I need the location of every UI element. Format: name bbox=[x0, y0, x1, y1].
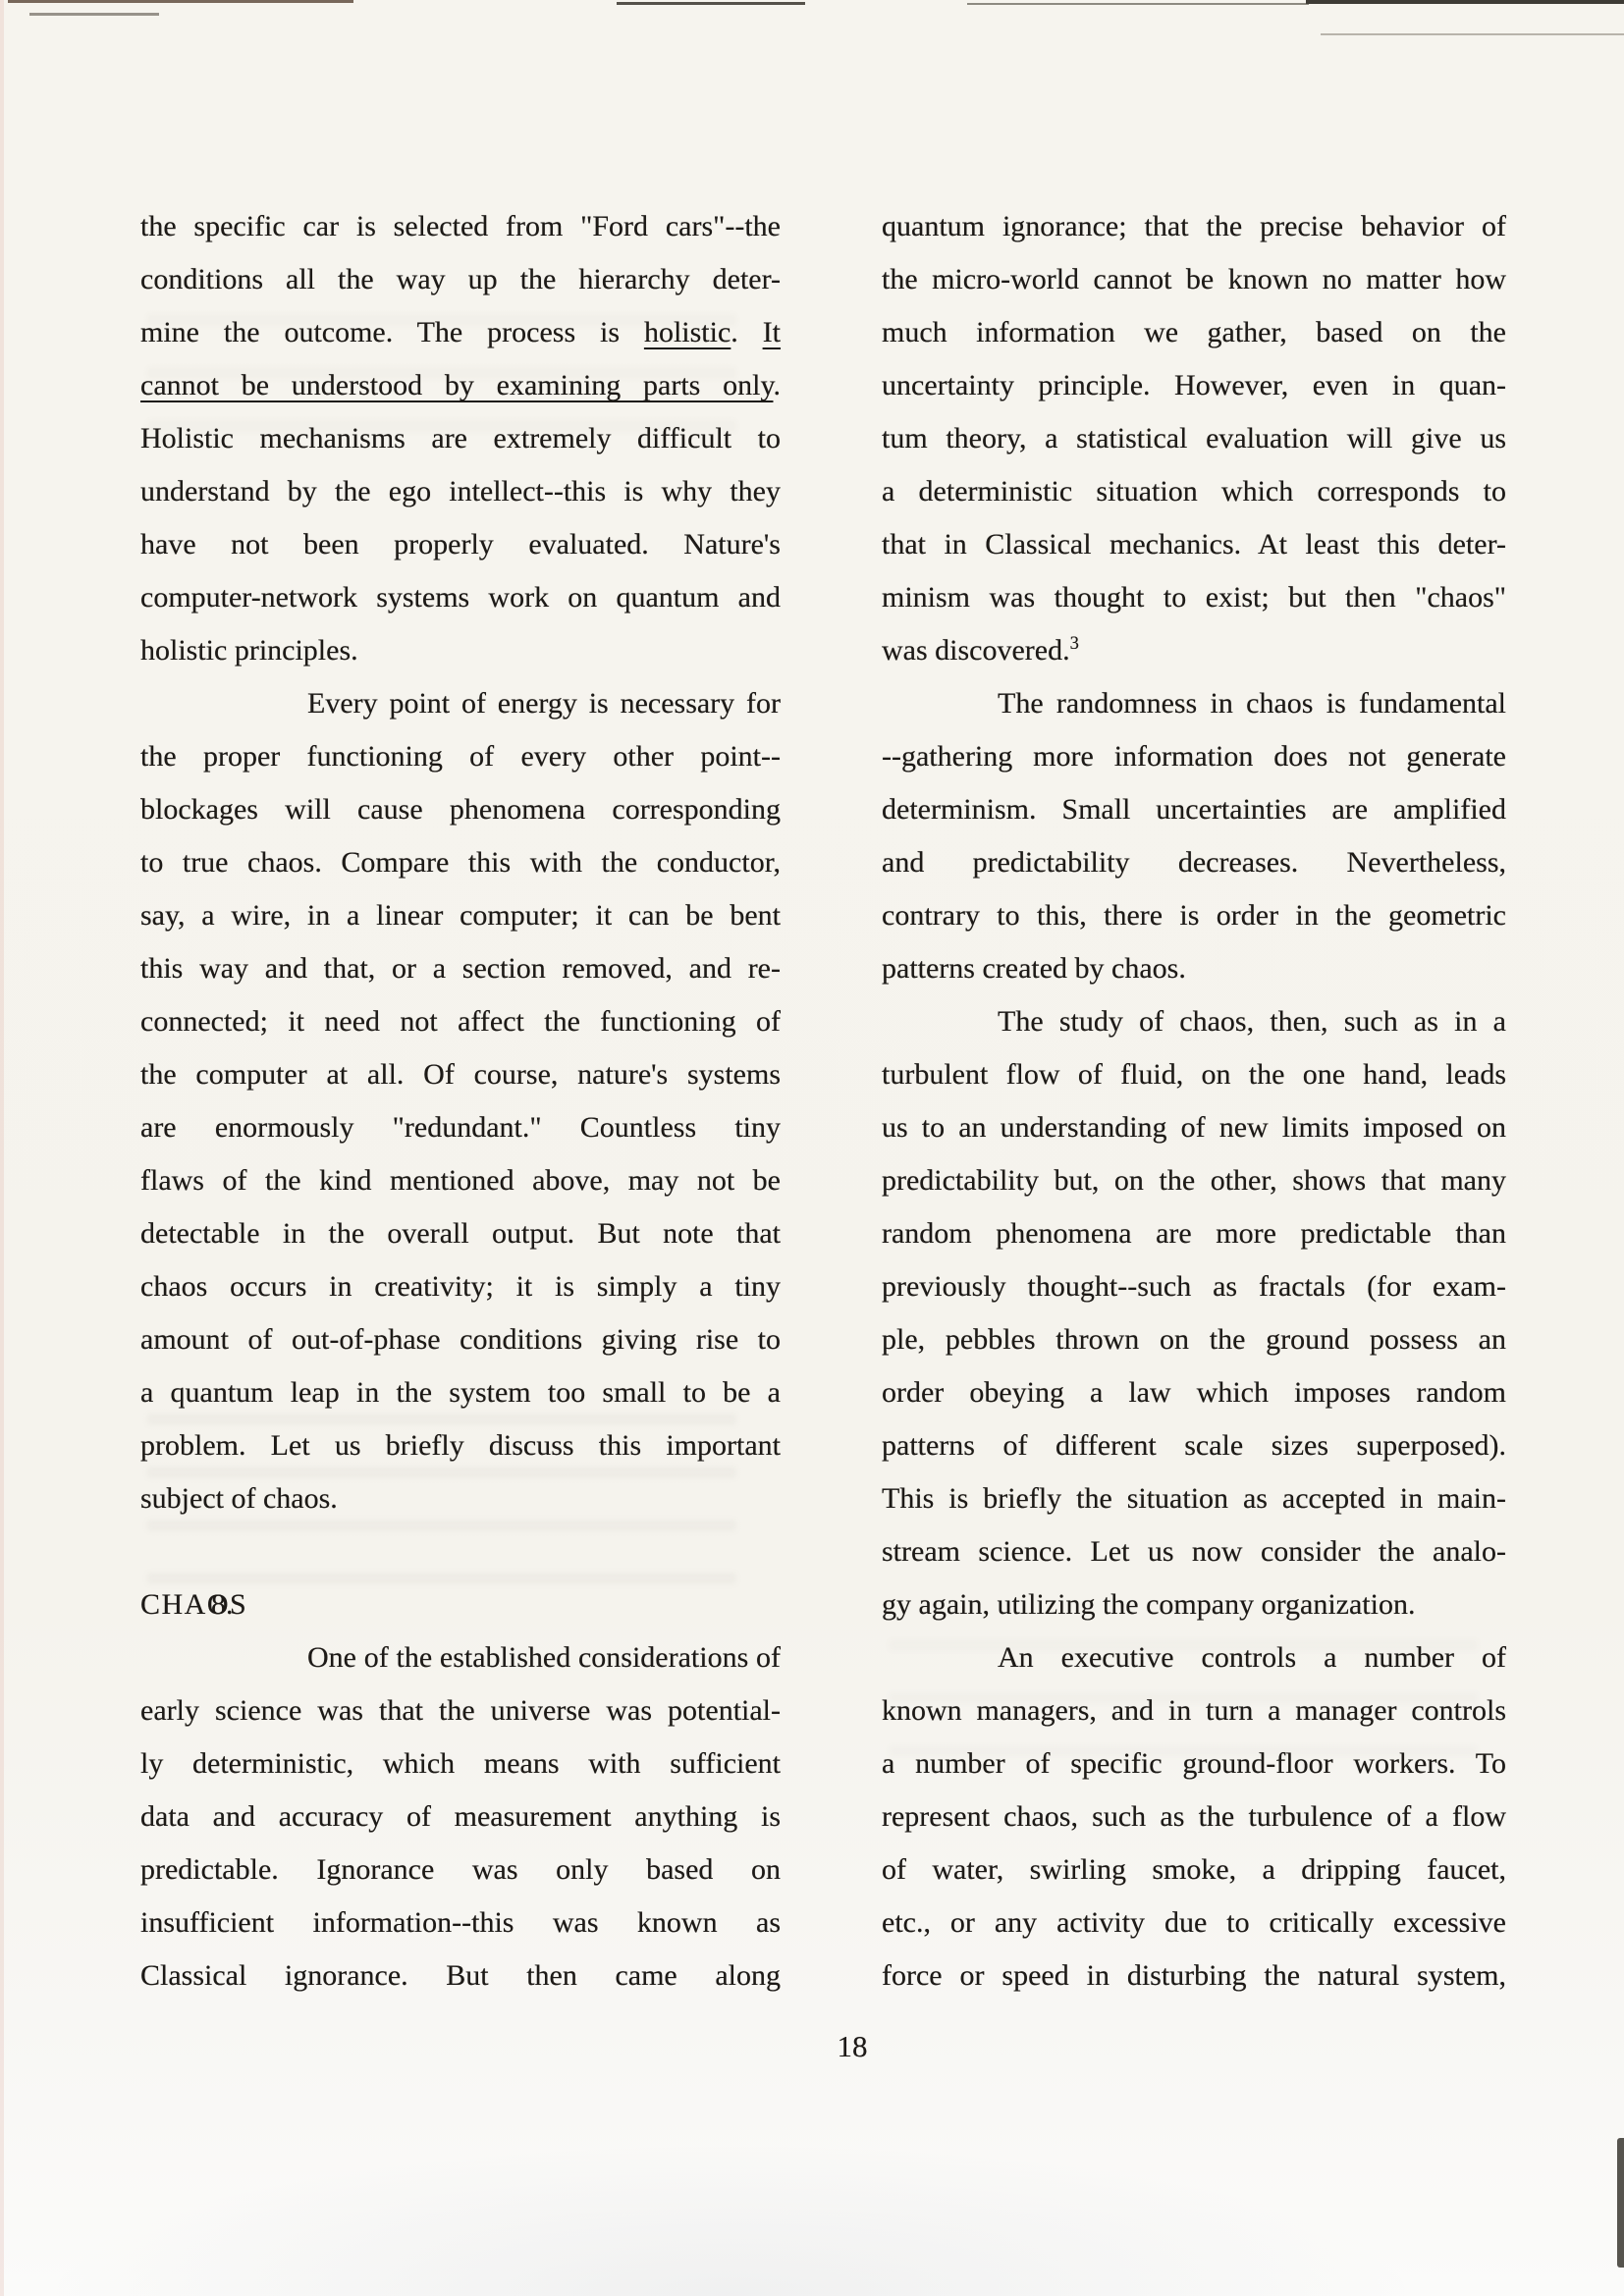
text-line: cannot be understood by examining parts … bbox=[140, 359, 781, 412]
text-line: computer-network systems work on quantum… bbox=[140, 571, 781, 624]
blank-line bbox=[140, 1525, 781, 1578]
text-line: quantum ignorance; that the precise beha… bbox=[882, 200, 1506, 253]
text-line: flaws of the kind mentioned above, may n… bbox=[140, 1154, 781, 1207]
scan-shadow bbox=[0, 2080, 1624, 2296]
scanned-page: { "page": { "number": "18" }, "heading":… bbox=[0, 0, 1624, 2296]
text-line: say, a wire, in a linear computer; it ca… bbox=[140, 889, 781, 942]
scan-artifact-top-line bbox=[8, 0, 353, 3]
text-line: Every point of energy is necessary for bbox=[140, 677, 781, 730]
text-line: order obeying a law which imposes random bbox=[882, 1366, 1506, 1419]
text-line: that in Classical mechanics. At least th… bbox=[882, 518, 1506, 571]
text-line: detectable in the overall output. But no… bbox=[140, 1207, 781, 1260]
scan-artifact-top-line bbox=[29, 13, 159, 16]
text-line: are enormously "redundant." Countless ti… bbox=[140, 1101, 781, 1154]
text-line: patterns of different scale sizes superp… bbox=[882, 1419, 1506, 1472]
text-line: Classical ignorance. But then came along bbox=[140, 1949, 781, 2002]
text-line: was discovered.3 bbox=[882, 624, 1506, 677]
text-line: represent chaos, such as the turbulence … bbox=[882, 1790, 1506, 1843]
text-line: the proper functioning of every other po… bbox=[140, 730, 781, 783]
scan-artifact-top-line bbox=[1306, 0, 1624, 4]
left-column: the specific car is selected from "Ford … bbox=[140, 200, 781, 2002]
text-line: chaos occurs in creativity; it is simply… bbox=[140, 1260, 781, 1313]
text-line: of water, swirling smoke, a dripping fau… bbox=[882, 1843, 1506, 1896]
scan-artifact-top-line bbox=[617, 2, 805, 5]
text-line: the computer at all. Of course, nature's… bbox=[140, 1048, 781, 1101]
text-line: The study of chaos, then, such as in a bbox=[882, 995, 1506, 1048]
text-line: turbulent flow of fluid, on the one hand… bbox=[882, 1048, 1506, 1101]
right-column: quantum ignorance; that the precise beha… bbox=[882, 200, 1506, 2002]
text-line: An executive controls a number of bbox=[882, 1631, 1506, 1684]
text-line: data and accuracy of measurement anythin… bbox=[140, 1790, 781, 1843]
text-line: conditions all the way up the hierarchy … bbox=[140, 253, 781, 306]
text-line: stream science. Let us now consider the … bbox=[882, 1525, 1506, 1578]
page-number: 18 bbox=[0, 2020, 1624, 2073]
section-title: CHAOS bbox=[140, 1578, 781, 1631]
text-line: --gathering more information does not ge… bbox=[882, 730, 1506, 783]
text-line: blockages will cause phenomena correspon… bbox=[140, 783, 781, 836]
text-line: problem. Let us briefly discuss this imp… bbox=[140, 1419, 781, 1472]
text-line: subject of chaos. bbox=[140, 1472, 781, 1525]
text-line: uncertainty principle. However, even in … bbox=[882, 359, 1506, 412]
text-line: predictable. Ignorance was only based on bbox=[140, 1843, 781, 1896]
text-line: ly deterministic, which means with suffi… bbox=[140, 1737, 781, 1790]
text-line: insufficient information--this was known… bbox=[140, 1896, 781, 1949]
text-line: this way and that, or a section removed,… bbox=[140, 942, 781, 995]
text-line: amount of out-of-phase conditions giving… bbox=[140, 1313, 781, 1366]
text-line: a quantum leap in the system too small t… bbox=[140, 1366, 781, 1419]
text-line: known managers, and in turn a manager co… bbox=[882, 1684, 1506, 1737]
text-line: have not been properly evaluated. Nature… bbox=[140, 518, 781, 571]
text-line: the specific car is selected from "Ford … bbox=[140, 200, 781, 253]
text-line: holistic principles. bbox=[140, 624, 781, 677]
text-line: contrary to this, there is order in the … bbox=[882, 889, 1506, 942]
text-line: This is briefly the situation as accepte… bbox=[882, 1472, 1506, 1525]
text-line: early science was that the universe was … bbox=[140, 1684, 781, 1737]
text-line: minism was thought to exist; but then "c… bbox=[882, 571, 1506, 624]
text-line: a deterministic situation which correspo… bbox=[882, 465, 1506, 518]
section-heading: 8.CHAOS bbox=[140, 1578, 781, 1631]
text-line: Holistic mechanisms are extremely diffic… bbox=[140, 412, 781, 465]
text-line: us to an understanding of new limits imp… bbox=[882, 1101, 1506, 1154]
text-line: force or speed in disturbing the natural… bbox=[882, 1949, 1506, 2002]
text-line: a number of specific ground-floor worker… bbox=[882, 1737, 1506, 1790]
text-line: understand by the ego intellect--this is… bbox=[140, 465, 781, 518]
text-line: patterns created by chaos. bbox=[882, 942, 1506, 995]
text-line: determinism. Small uncertainties are amp… bbox=[882, 783, 1506, 836]
footnote-reference: 3 bbox=[1070, 633, 1079, 654]
text-line: much information we gather, based on the bbox=[882, 306, 1506, 359]
text-line: predictability but, on the other, shows … bbox=[882, 1154, 1506, 1207]
text-line: tum theory, a statistical evaluation wil… bbox=[882, 412, 1506, 465]
text-line: previously thought--such as fractals (fo… bbox=[882, 1260, 1506, 1313]
text-line: One of the established considerations of bbox=[140, 1631, 781, 1684]
text-line: random phenomena are more predictable th… bbox=[882, 1207, 1506, 1260]
scan-artifact-top-line bbox=[1321, 33, 1624, 35]
text-line: connected; it need not affect the functi… bbox=[140, 995, 781, 1048]
text-line: mine the outcome. The process is holisti… bbox=[140, 306, 781, 359]
text-line: ple, pebbles thrown on the ground posses… bbox=[882, 1313, 1506, 1366]
text-line: and predictability decreases. Neverthele… bbox=[882, 836, 1506, 889]
text-line: The randomness in chaos is fundamental bbox=[882, 677, 1506, 730]
scan-artifact-top-line bbox=[967, 3, 1309, 5]
text-line: the micro-world cannot be known no matte… bbox=[882, 253, 1506, 306]
text-line: etc., or any activity due to critically … bbox=[882, 1896, 1506, 1949]
text-line: gy again, utilizing the company organiza… bbox=[882, 1578, 1506, 1631]
scan-edge-tint bbox=[0, 0, 4, 2296]
text-line: to true chaos. Compare this with the con… bbox=[140, 836, 781, 889]
